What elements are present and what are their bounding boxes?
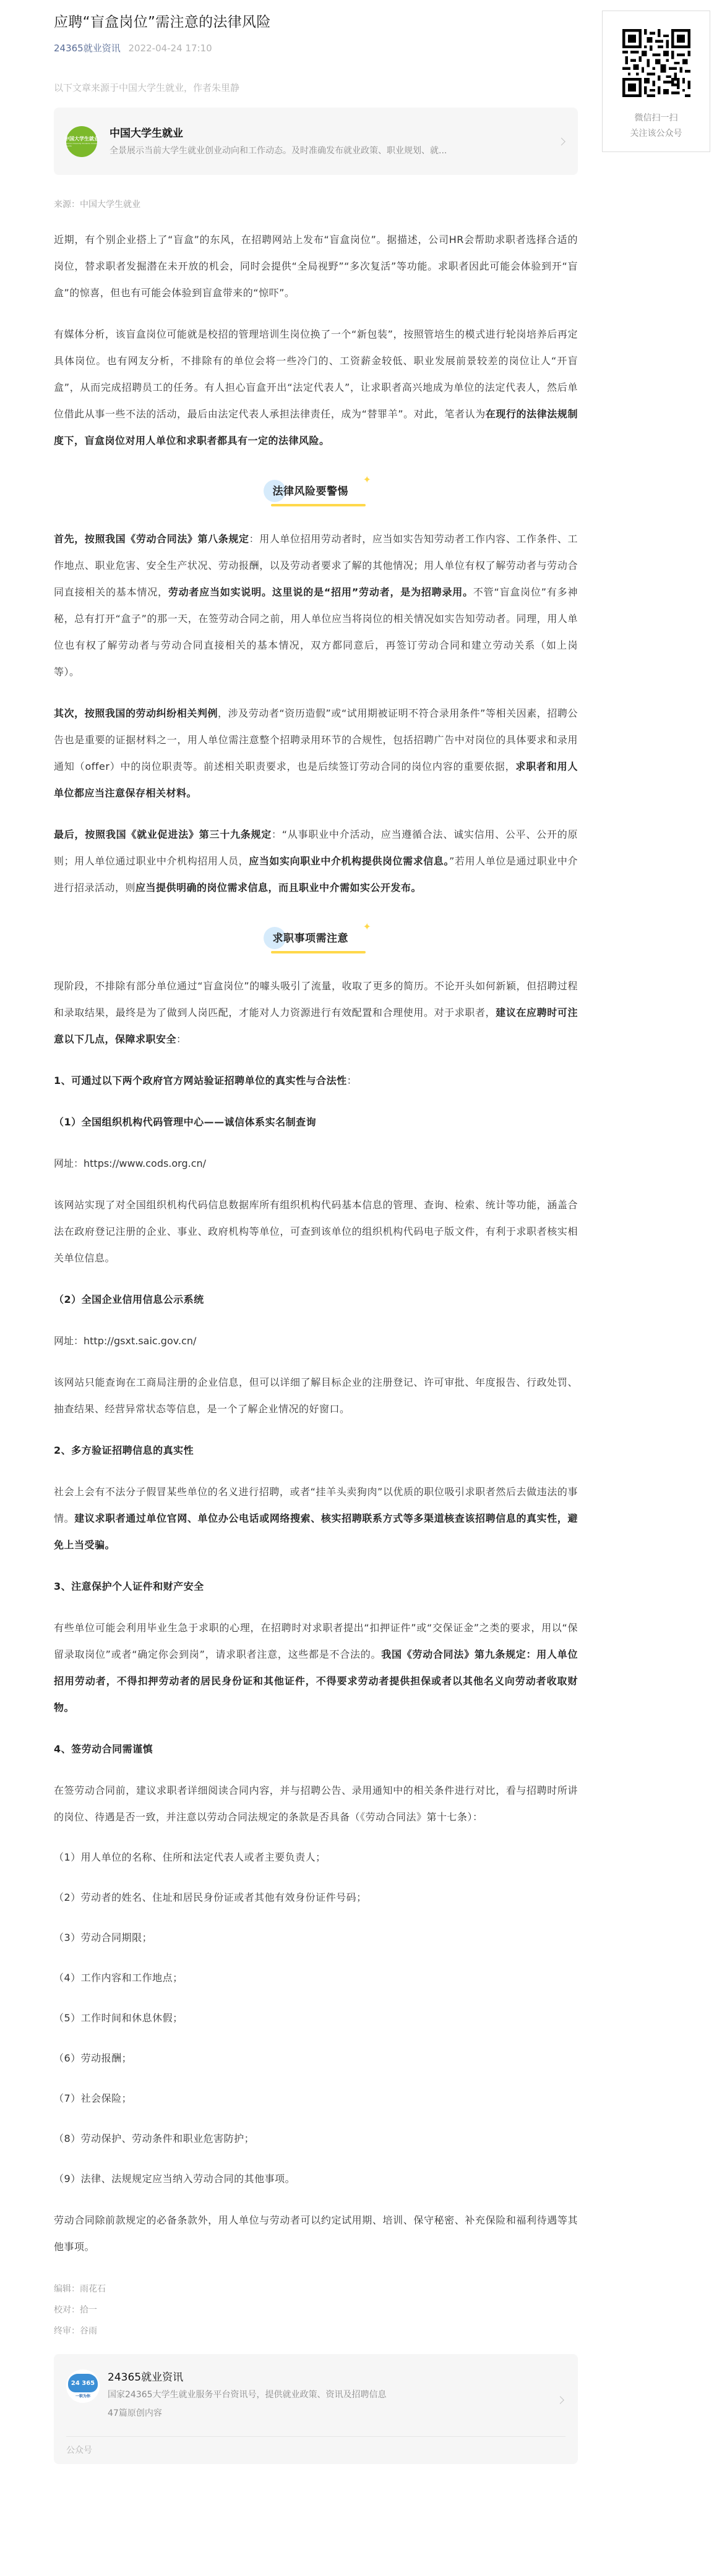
paragraph-labor-contract-law-8: 首先，按照我国《劳动合同法》第八条规定：用人单位招用劳动者时，应当如实告知劳动者…	[54, 526, 578, 685]
sparkle-icon: ✦	[363, 475, 371, 485]
qr-code-icon	[622, 29, 690, 97]
clause-item: （7）社会保险；	[54, 2085, 578, 2112]
paragraph-analysis: 有媒体分析，该盲盒岗位可能就是校招的管理培训生岗位换了一个“新包装”，按照管培生…	[54, 321, 578, 454]
section-heading-job-tips: 求职事项需注意 ✦	[264, 927, 369, 958]
tip-2-text: 社会上会有不法分子假冒某些单位的名义进行招聘，或者“挂羊头卖狗肉”以优质的职位吸…	[54, 1478, 578, 1558]
article-title: 应聘“盲盒岗位”需注意的法律风险	[54, 11, 578, 33]
site-2-title: （2）全国企业信用信息公示系统	[54, 1286, 578, 1313]
clause-item: （9）法律、法规规定应当纳入劳动合同的其他事项。	[54, 2165, 578, 2192]
source-profile-info: 中国大学生就业 全景展示当前大学生就业创业动向和工作动态。及时准确发布就业政策、…	[110, 126, 565, 158]
source-profile-card[interactable]: 中国大学生就业 China University Students Career…	[54, 108, 578, 175]
paragraph-labor-disputes: 其次，按照我国的劳动纠纷相关判例，涉及劳动者“资历造假”或“试用期被证明不符合录…	[54, 700, 578, 806]
tip-3-title: 3、注意保护个人证件和财产安全	[54, 1573, 578, 1600]
clause-item: （6）劳动报酬；	[54, 2045, 578, 2071]
site-1-url[interactable]: 网址：https://www.cods.org.cn/	[54, 1150, 578, 1177]
clause-item: （5）工作时间和休息休假；	[54, 2005, 578, 2031]
credits: 编辑：雨花石 校对：拾一 终审：谷雨	[54, 2279, 578, 2342]
credit-final-review: 终审：谷雨	[54, 2321, 578, 2342]
qr-caption: 微信扫一扫 关注该公众号	[603, 111, 710, 142]
tip-4-title: 4、签劳动合同需谨慎	[54, 1736, 578, 1762]
credit-editor: 编辑：雨花石	[54, 2279, 578, 2300]
credit-proofreader: 校对：拾一	[54, 2300, 578, 2321]
clause-item: （8）劳动保护、劳动条件和职业危害防护；	[54, 2125, 578, 2152]
content-source: 来源：中国大学生就业	[54, 198, 578, 211]
tip-1-title: 1、可通过以下两个政府官方网站验证招聘单位的真实性与合法性：	[54, 1067, 578, 1094]
article: 应聘“盲盒岗位”需注意的法律风险 24365就业资讯 2022-04-24 17…	[54, 0, 578, 2464]
paragraph-closing: 劳动合同除前款规定的必备条款外，用人单位与劳动者可以约定试用期、培训、保守秘密、…	[54, 2207, 578, 2260]
tip-3-text: 有些单位可能会利用毕业生急于求职的心理，在招聘时对求职者提出“扣押证件”或“交保…	[54, 1614, 578, 1721]
clause-item: （1）用人单位的名称、住所和法定代表人或者主要负责人；	[54, 1844, 578, 1870]
article-content: 来源：中国大学生就业 近期，有个别企业搭上了“盲盒”的东风，在招聘网站上发布“盲…	[54, 198, 578, 2464]
site-2-url[interactable]: 网址：http://gsxt.saic.gov.cn/	[54, 1328, 578, 1354]
heading-underline-decoration	[271, 504, 366, 506]
qr-follow-panel: 微信扫一扫 关注该公众号	[602, 11, 710, 152]
account-name-link[interactable]: 24365就业资讯	[54, 43, 121, 54]
account-avatar: 24 365 一职为你	[66, 2369, 100, 2403]
account-profile-card[interactable]: 24 365 一职为你 24365就业资讯 国家24365大学生就业服务平台资讯…	[54, 2354, 578, 2464]
heading-underline-decoration	[271, 951, 366, 953]
clause-item: （3）劳动合同期限；	[54, 1924, 578, 1951]
source-profile-name: 中国大学生就业	[110, 126, 565, 142]
site-1-description: 该网站实现了对全国组织机构代码信息数据库所有组织机构代码基本信息的管理、查询、检…	[54, 1192, 578, 1271]
publish-time: 2022-04-24 17:10	[129, 43, 212, 54]
clause-item: （4）工作内容和工作地点；	[54, 1964, 578, 1991]
sparkle-icon: ✦	[363, 922, 371, 932]
paragraph-intro: 近期，有个别企业搭上了“盲盒”的东风，在招聘网站上发布“盲盒岗位”。据描述，公司…	[54, 226, 578, 306]
account-type-label: 公众号	[66, 2444, 92, 2456]
account-card-name: 24365就业资讯	[108, 2369, 387, 2386]
tip-2-title: 2、多方验证招聘信息的真实性	[54, 1437, 578, 1464]
site-2-description: 该网站只能查询在工商局注册的企业信息，但可以详细了解目标企业的注册登记、许可审批…	[54, 1369, 578, 1422]
card-divider	[66, 2436, 565, 2437]
source-profile-description: 全景展示当前大学生就业创业动向和工作动态。及时准确发布就业政策、职业规划、就..…	[110, 144, 536, 158]
account-card-description: 国家24365大学生就业服务平台资讯号，提供就业政策、资讯及招聘信息	[108, 2386, 387, 2404]
paragraph-tips-intro: 现阶段，不排除有部分单位通过“盲盒岗位”的噱头吸引了流量，收取了更多的简历。不论…	[54, 973, 578, 1052]
account-info: 24365就业资讯 国家24365大学生就业服务平台资讯号，提供就业政策、资讯及…	[108, 2369, 387, 2423]
site-1-title: （1）全国组织机构代码管理中心——诚信体系实名制查询	[54, 1109, 578, 1135]
article-meta: 24365就业资讯 2022-04-24 17:10	[54, 41, 578, 56]
original-content-count: 47篇原创内容	[108, 2404, 387, 2423]
clause-item: （2）劳动者的姓名、住址和居民身份证或者其他有效身份证件号码；	[54, 1884, 578, 1911]
paragraph-employment-promotion-law: 最后，按照我国《就业促进法》第三十九条规定：“从事职业中介活动，应当遵循合法、诚…	[54, 821, 578, 901]
tip-4-text: 在签劳动合同前，建议求职者详细阅读合同内容，并与招聘公告、录用通知中的相关条件进…	[54, 1777, 578, 1830]
article-source-intro: 以下文章来源于中国大学生就业，作者朱里静	[54, 80, 578, 95]
contract-clauses-list: （1）用人单位的名称、住所和法定代表人或者主要负责人； （2）劳动者的姓名、住址…	[54, 1844, 578, 2192]
source-avatar: 中国大学生就业 China University Students Career…	[66, 126, 97, 157]
section-heading-legal-risk: 法律风险要警惕 ✦	[264, 480, 369, 511]
